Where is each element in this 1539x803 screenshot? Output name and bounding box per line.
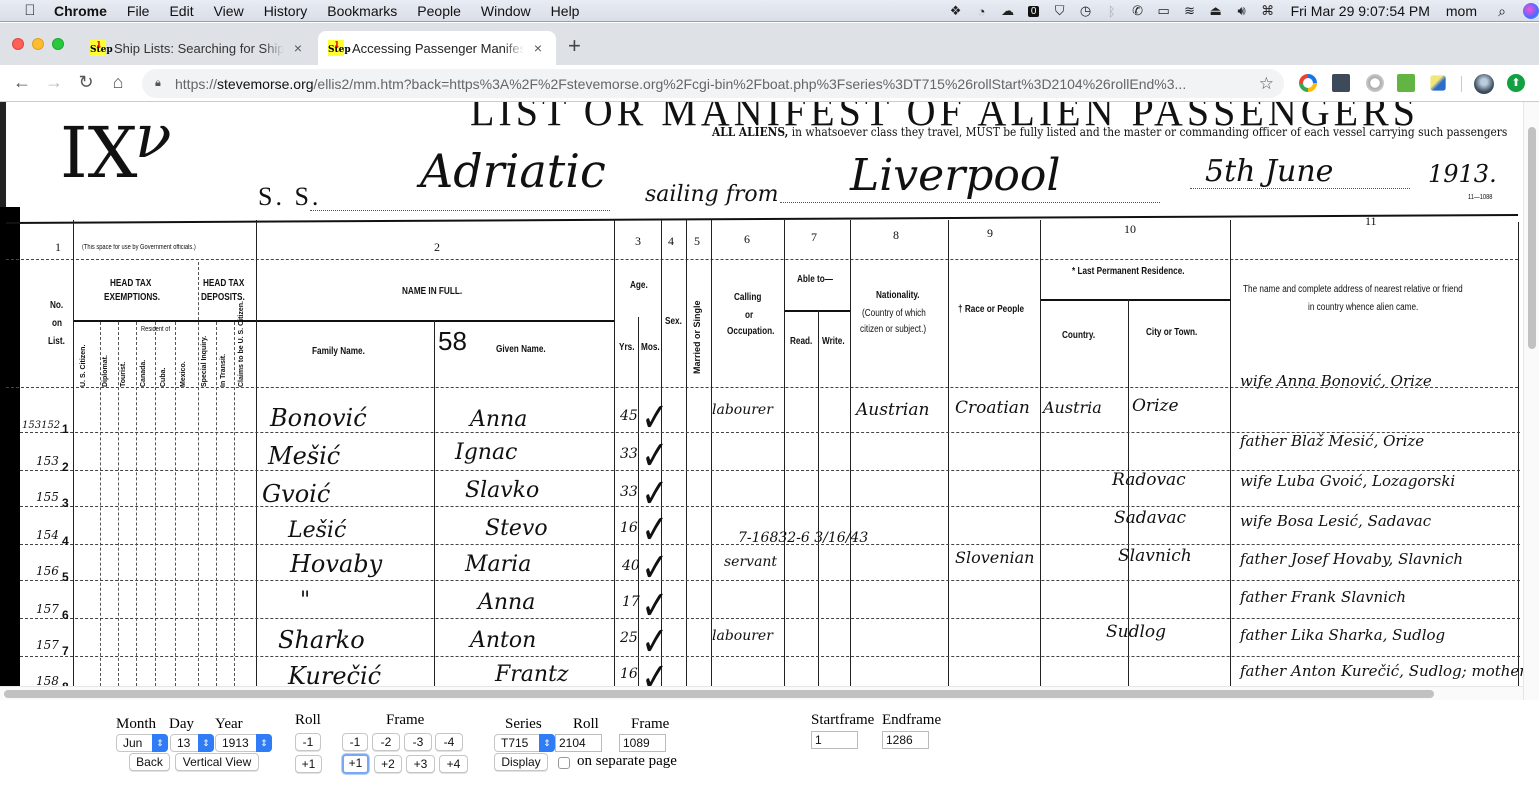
sailing-year: 1913. xyxy=(1428,160,1497,188)
1password-icon[interactable]: 0 xyxy=(1021,0,1047,22)
zoom-window-button[interactable] xyxy=(52,38,64,50)
page-mark-2: ν xyxy=(135,102,171,172)
sub-col-label: Cuba. xyxy=(160,368,167,387)
row-nationality: Austrian xyxy=(856,400,929,420)
row-number: 6 xyxy=(62,608,69,622)
reload-icon[interactable]: ↻ xyxy=(74,72,98,93)
menu-edit[interactable]: Edit xyxy=(169,3,193,19)
step-favicon-icon: Step xyxy=(328,40,344,56)
row-age: 16 xyxy=(620,666,638,682)
row-line xyxy=(20,618,1520,619)
check-mark: ✓ xyxy=(641,658,668,686)
month-value: Jun xyxy=(123,736,142,750)
col-line xyxy=(136,322,137,686)
col-line xyxy=(818,310,819,686)
select-chevron-icon: ⇕ xyxy=(152,734,168,752)
name-in-full: NAME IN FULL. xyxy=(402,286,462,297)
url-path: /ellis2/mm.htm?back=https%3A%2F%2Fstevem… xyxy=(314,76,1187,92)
row-stamp: 157 xyxy=(36,602,59,616)
occupation-label: Occupation. xyxy=(727,326,774,337)
sub-col-label: Tourist. xyxy=(120,362,127,387)
row-age: 33 xyxy=(620,446,638,462)
menu-user[interactable]: mom xyxy=(1446,3,1477,19)
residence-rule xyxy=(1040,299,1230,301)
row-age: 16 xyxy=(620,520,638,536)
sub-col-label: Canada. xyxy=(140,360,147,387)
toolbar-divider xyxy=(1461,76,1462,92)
close-tab-icon[interactable]: × xyxy=(290,40,306,56)
frame-label: Frame xyxy=(386,712,424,729)
address-bar[interactable]: 🔒︎ https://stevemorse.org/ellis2/mm.htm?… xyxy=(142,69,1284,98)
col-line xyxy=(100,322,101,686)
day-label: Day xyxy=(169,716,194,733)
chrome-remote-icon[interactable] xyxy=(1299,74,1317,92)
row-family-name: Hovaby xyxy=(290,550,382,578)
frame-minus-2-button[interactable]: -2 xyxy=(372,733,400,751)
startframe-label: Startframe xyxy=(811,712,874,729)
dropbox-icon[interactable]: ❖ xyxy=(943,0,969,22)
update-arrow-icon[interactable]: ⬆ xyxy=(1507,74,1525,92)
separate-page-label: on separate page xyxy=(577,753,677,770)
col-line xyxy=(434,320,435,686)
dotted-line xyxy=(780,202,1160,203)
close-tab-icon[interactable]: × xyxy=(530,40,546,56)
col-line xyxy=(216,322,217,686)
row-country: Austria xyxy=(1043,398,1102,417)
aliens-lead: ALL ALIENS, xyxy=(712,124,788,139)
year-select[interactable]: 1913 ⇕ xyxy=(215,734,272,752)
month-label: Month xyxy=(116,716,156,733)
row-relative: father Blaž Mesić, Orize xyxy=(1240,432,1424,450)
menu-file[interactable]: File xyxy=(127,3,150,19)
url-text[interactable]: https://stevemorse.org/ellis2/mm.htm?bac… xyxy=(175,76,1245,92)
col-number: 11 xyxy=(1365,214,1377,229)
select-chevron-icon: ⇕ xyxy=(539,734,555,752)
row-family-name: Sharko xyxy=(278,626,365,654)
back-arrow-icon[interactable]: ← xyxy=(10,72,34,93)
row-given-name: Anna xyxy=(470,407,527,432)
row-age: 25 xyxy=(620,630,638,646)
sailing-from-label: sailing from xyxy=(645,182,779,207)
row-family-name: Bonović xyxy=(270,404,367,432)
close-window-button[interactable] xyxy=(12,38,24,50)
row-number: 1 xyxy=(62,422,69,436)
row-age: 33 xyxy=(620,484,638,500)
horizontal-scrollbar[interactable] xyxy=(0,686,1523,700)
port-name: Liverpool xyxy=(850,150,1060,201)
row-occupation: servant xyxy=(724,554,777,570)
year-value: 1913 xyxy=(222,736,249,750)
url-host: stevemorse.org xyxy=(217,76,313,92)
forward-arrow-icon[interactable]: → xyxy=(42,72,66,93)
last-residence-label: * Last Permanent Residence. xyxy=(1072,266,1185,277)
menu-people[interactable]: People xyxy=(417,3,461,19)
head-tax-deposits: HEAD TAX xyxy=(203,278,244,289)
sub-col-label: Special Inquiry. xyxy=(201,336,208,387)
step-favicon-icon: Step xyxy=(90,40,106,56)
able-to-label: Able to— xyxy=(797,274,833,285)
back-button[interactable]: Back xyxy=(129,753,170,771)
sex-label: Sex. xyxy=(665,316,682,327)
airplay-icon[interactable]: ▭ xyxy=(1151,0,1177,22)
roll-minus-1-button[interactable]: -1 xyxy=(295,733,321,751)
col-line xyxy=(234,322,235,686)
no-on-list-1: No. xyxy=(50,300,63,311)
city-town-label: City or Town. xyxy=(1146,327,1197,338)
series-label: Series xyxy=(505,716,542,733)
col-line xyxy=(711,220,712,686)
menu-help[interactable]: Help xyxy=(551,3,580,19)
relative-label: The name and complete address of nearest… xyxy=(1243,284,1463,295)
volume-icon[interactable]: 🔊︎ xyxy=(1229,0,1255,22)
row-occupation-annotation: 7-16832-6 3/16/43 xyxy=(738,530,868,546)
roll-label: Roll xyxy=(295,712,321,729)
bluetooth-icon[interactable]: ᛒ xyxy=(1099,0,1125,22)
roll-input[interactable]: 2104 xyxy=(555,734,602,752)
wifi-icon[interactable]: ≋ xyxy=(1177,0,1203,22)
menu-window[interactable]: Window xyxy=(481,3,531,19)
row-number: 5 xyxy=(62,570,69,584)
timer-icon[interactable]: ◔ xyxy=(969,0,995,22)
row-given-name: Anton xyxy=(470,628,536,653)
row-stamp: 153152 xyxy=(22,420,60,431)
manifest-viewport[interactable]: LIST OR MANIFEST OF ALIEN PASSENGERS ALL… xyxy=(0,102,1539,700)
manifest-instructions: ALL ALIENS, in whatsoever class they tra… xyxy=(712,124,1507,139)
col-line xyxy=(614,220,615,686)
row-stamp: 153 xyxy=(36,454,59,468)
frame-minus-1-button[interactable]: -1 xyxy=(342,733,368,751)
col-line xyxy=(198,262,199,686)
shield-icon[interactable]: ⛉ xyxy=(1047,0,1073,22)
nationality-label: Nationality. xyxy=(876,290,920,301)
given-name-label: Given Name. xyxy=(496,344,546,355)
write-label: Write. xyxy=(822,336,845,347)
siri-icon[interactable] xyxy=(1523,3,1539,19)
row-race: Croatian xyxy=(955,398,1030,418)
col-line xyxy=(73,220,74,686)
row-city: Orize xyxy=(1132,396,1179,416)
bookmark-star-icon[interactable]: ☆ xyxy=(1259,74,1274,94)
nationality-sub: (Country of which xyxy=(862,308,926,319)
frame-input[interactable]: 1089 xyxy=(619,734,666,752)
row-line xyxy=(20,656,1520,657)
row-race: Slovenian xyxy=(955,548,1034,567)
apple-menu-icon[interactable]:  xyxy=(20,2,40,19)
dotted-line xyxy=(1190,188,1410,189)
sub-col-label: Diplomat. xyxy=(102,355,109,387)
calling-label: Calling xyxy=(734,292,761,303)
day-select[interactable]: 13 ⇕ xyxy=(170,734,214,752)
row-family-name: Gvoić xyxy=(262,480,330,508)
sailing-date: 5th June xyxy=(1205,154,1333,189)
col-number: 6 xyxy=(744,232,750,247)
nationality-sub-2: citizen or subject.) xyxy=(860,324,926,335)
spotlight-search-icon[interactable]: ⌕ xyxy=(1491,3,1513,20)
month-select[interactable]: Jun ⇕ xyxy=(116,734,168,752)
top-rule xyxy=(6,214,1518,224)
dotted-line xyxy=(310,210,610,211)
row-stamp: 158 xyxy=(36,674,59,686)
tab-strip: Step Ship Lists: Searching for Ships × S… xyxy=(0,23,1539,65)
menu-view[interactable]: View xyxy=(214,3,244,19)
col-line xyxy=(155,322,156,686)
row-given-name: Stevo xyxy=(485,516,548,541)
separate-page-checkbox[interactable] xyxy=(558,757,570,769)
col-line xyxy=(784,220,785,686)
check-mark: ✓ xyxy=(641,510,668,550)
col-line xyxy=(638,317,639,686)
circle-extension-icon[interactable] xyxy=(1366,74,1384,92)
row-occupation: labourer xyxy=(712,628,773,644)
row-given-name: Slavko xyxy=(465,478,539,503)
row-age: 45 xyxy=(620,408,638,424)
frame-plus-2-button[interactable]: +2 xyxy=(374,755,402,773)
startframe-input[interactable]: 1 xyxy=(811,731,858,749)
check-mark: ✓ xyxy=(641,398,668,438)
manifest-image: LIST OR MANIFEST OF ALIEN PASSENGERS ALL… xyxy=(0,102,1523,686)
tab-ship-lists[interactable]: Step Ship Lists: Searching for Ships × xyxy=(80,31,316,65)
lock-icon[interactable]: 🔒︎ xyxy=(155,77,167,90)
cloud-upload-icon[interactable]: ☁ xyxy=(995,0,1021,22)
day-value: 13 xyxy=(177,736,190,750)
race-label: † Race or People xyxy=(958,304,1024,315)
eject-icon[interactable]: ⏏ xyxy=(1203,0,1229,22)
menu-bookmarks[interactable]: Bookmarks xyxy=(327,3,397,19)
row-stamp: 157 xyxy=(36,638,59,652)
row-line xyxy=(20,470,1520,471)
read-label: Read. xyxy=(790,336,812,347)
sub-col-label: In Transit. xyxy=(220,354,227,387)
select-chevron-icon: ⇕ xyxy=(256,734,272,752)
relative-label-2: in country whence alien came. xyxy=(1308,302,1418,313)
frame-plus-3-button[interactable]: +3 xyxy=(406,755,435,773)
time-machine-icon[interactable]: ◷ xyxy=(1073,0,1099,22)
phone-icon[interactable]: ✆ xyxy=(1125,0,1151,22)
profile-avatar[interactable] xyxy=(1474,74,1494,94)
ss-label: S. S. xyxy=(258,182,321,212)
row-relative: father Anton Kurečić, Sudlog; mother Ank… xyxy=(1240,662,1523,680)
navigation-controls: Month Day Year Jun ⇕ 13 ⇕ 1913 ⇕ Back Ve… xyxy=(0,700,1539,803)
select-chevron-icon: ⇕ xyxy=(198,734,214,752)
row-given-name: Ignac xyxy=(455,440,517,465)
menu-dots-extension-icon[interactable] xyxy=(1332,74,1350,92)
vertical-scrollbar[interactable] xyxy=(1523,102,1539,700)
row-number: 2 xyxy=(62,460,69,474)
head-tax-exemptions-2: EXEMPTIONS. xyxy=(104,292,160,303)
col-line xyxy=(948,220,949,686)
menu-history[interactable]: History xyxy=(264,3,308,19)
col-number: 1 xyxy=(55,240,61,255)
menu-clock[interactable]: Fri Mar 29 9:07:54 PM xyxy=(1291,3,1430,19)
col-number: 5 xyxy=(694,234,700,249)
row-age: 40 xyxy=(622,558,640,574)
resident-of-label: Resident of xyxy=(141,326,170,333)
row-city: Slavnich xyxy=(1118,546,1192,566)
col-line xyxy=(1040,220,1041,686)
macos-menu-bar:  Chrome File Edit View History Bookmark… xyxy=(0,0,1539,22)
row-relative: wife Luba Gvoić, Lozagorski xyxy=(1240,472,1455,490)
row-relative: father Josef Hovaby, Slavnich xyxy=(1240,550,1463,568)
tab-accessing-passenger-manifests[interactable]: Step Accessing Passenger Manifests × xyxy=(318,31,556,65)
window-controls xyxy=(12,38,64,50)
page-mark: IX xyxy=(60,112,138,194)
menu-chrome[interactable]: Chrome xyxy=(54,3,107,19)
sub-col-label: Mexico. xyxy=(180,361,187,387)
able-rule xyxy=(784,310,850,312)
row-number: 4 xyxy=(62,534,69,548)
col-number: 4 xyxy=(668,234,674,249)
no-on-list-2: on xyxy=(52,318,62,329)
calling-or: or xyxy=(745,310,753,321)
scan-edge xyxy=(0,102,6,212)
printer-extension-icon[interactable] xyxy=(1397,74,1415,92)
aliens-text: in whatsoever class they travel, MUST be… xyxy=(788,124,1507,139)
frame-minus-4-button[interactable]: -4 xyxy=(435,733,463,751)
endframe-label: Endframe xyxy=(882,712,941,729)
row-line xyxy=(20,506,1520,507)
row-relative: father Frank Slavnich xyxy=(1240,588,1406,606)
country-label: Country. xyxy=(1062,330,1095,341)
col-line xyxy=(1230,220,1231,686)
gov-space-note: (This space for use by Government offici… xyxy=(82,244,196,251)
scan-edge xyxy=(0,207,20,686)
form-number: 11—1088 xyxy=(1468,194,1492,201)
col-number: 8 xyxy=(893,228,899,243)
no-on-list-3: List. xyxy=(48,336,65,347)
col-number: 2 xyxy=(434,240,440,255)
mos-label: Mos. xyxy=(641,342,660,353)
vertical-scroll-thumb[interactable] xyxy=(1528,127,1536,349)
row-stamp: 156 xyxy=(36,564,59,578)
endframe-input[interactable]: 1286 xyxy=(882,731,929,749)
row-given-name: Anna xyxy=(478,590,535,615)
row-relative: wife Anna Bonović, Orize xyxy=(1240,372,1432,390)
sub-col-label: U. S. Citizen. xyxy=(80,345,87,387)
col-line xyxy=(686,220,687,686)
minimize-window-button[interactable] xyxy=(32,38,44,50)
frame-plus-4-button[interactable]: +4 xyxy=(439,755,468,773)
col-number: 9 xyxy=(987,226,993,241)
col-line xyxy=(175,322,176,686)
tab-title: Ship Lists: Searching for Ships xyxy=(114,41,284,56)
tab-title: Accessing Passenger Manifests xyxy=(352,41,524,56)
vertical-view-button[interactable]: Vertical View xyxy=(175,753,259,771)
col-line xyxy=(850,220,851,686)
col-number: 7 xyxy=(811,230,817,245)
row-number: 7 xyxy=(62,644,69,658)
row-stamp: 155 xyxy=(36,490,59,504)
row-stamp: 154 xyxy=(36,528,59,542)
row-relative: father Lika Sharka, Sudlog xyxy=(1240,626,1445,644)
check-mark: ✓ xyxy=(641,548,668,588)
family-name-label: Family Name. xyxy=(312,346,365,357)
frame-plus-1-button[interactable]: +1 xyxy=(342,754,369,774)
row-city: Radovac xyxy=(1112,470,1186,490)
col-line xyxy=(256,220,257,686)
row-family-name: Lešić xyxy=(288,518,346,543)
col-number: 3 xyxy=(635,234,641,249)
row-occupation: labourer xyxy=(712,402,773,418)
row-family-name: Kurečić xyxy=(288,662,381,686)
col-line xyxy=(1518,222,1519,686)
series-select[interactable]: T715 ⇕ xyxy=(494,734,555,752)
page-number: 58 xyxy=(438,326,467,357)
header-rule xyxy=(6,259,1518,260)
display-button[interactable]: Display xyxy=(494,753,548,771)
row-line xyxy=(20,580,1520,581)
roll-plus-1-button[interactable]: +1 xyxy=(295,755,322,773)
frame-minus-3-button[interactable]: -3 xyxy=(404,733,432,751)
row-family-name: Mešić xyxy=(268,442,340,470)
new-tab-button[interactable]: + xyxy=(568,35,581,57)
series-value: T715 xyxy=(501,736,528,750)
row-city: Sadavac xyxy=(1114,508,1186,528)
horizontal-scroll-thumb[interactable] xyxy=(4,690,1434,698)
col-number: 10 xyxy=(1124,222,1136,237)
col-line xyxy=(118,322,119,686)
age-label: Age. xyxy=(630,280,648,291)
check-mark: ✓ xyxy=(641,436,668,476)
browser-toolbar: ← → ↻ ⌂ 🔒︎ https://stevemorse.org/ellis2… xyxy=(0,65,1539,102)
year-label: Year xyxy=(215,716,243,733)
roll-input-label: Roll xyxy=(573,716,599,733)
yrs-label: Yrs. xyxy=(619,342,635,353)
row-family-name: " xyxy=(300,588,310,613)
row-number: 3 xyxy=(62,496,69,510)
sub-col-label: Claims to be U. S. Citizen. xyxy=(238,301,245,387)
row-city: Sudlog xyxy=(1106,622,1166,642)
row-relative: wife Bosa Lesić, Sadavac xyxy=(1240,512,1431,530)
url-scheme: https:// xyxy=(175,76,217,92)
row-given-name: Frantz xyxy=(495,662,569,686)
head-tax-exemptions: HEAD TAX xyxy=(110,278,151,289)
row-age: 17 xyxy=(622,594,640,610)
ship-name: Adriatic xyxy=(420,144,606,198)
married-single-label: Married or Single xyxy=(692,300,702,374)
keyboard-icon[interactable]: ⌘ xyxy=(1255,0,1281,22)
magic-extension-icon[interactable] xyxy=(1430,75,1445,90)
frame-input-label: Frame xyxy=(631,716,669,733)
row-given-name: Maria xyxy=(465,552,531,577)
home-icon[interactable]: ⌂ xyxy=(106,72,130,93)
